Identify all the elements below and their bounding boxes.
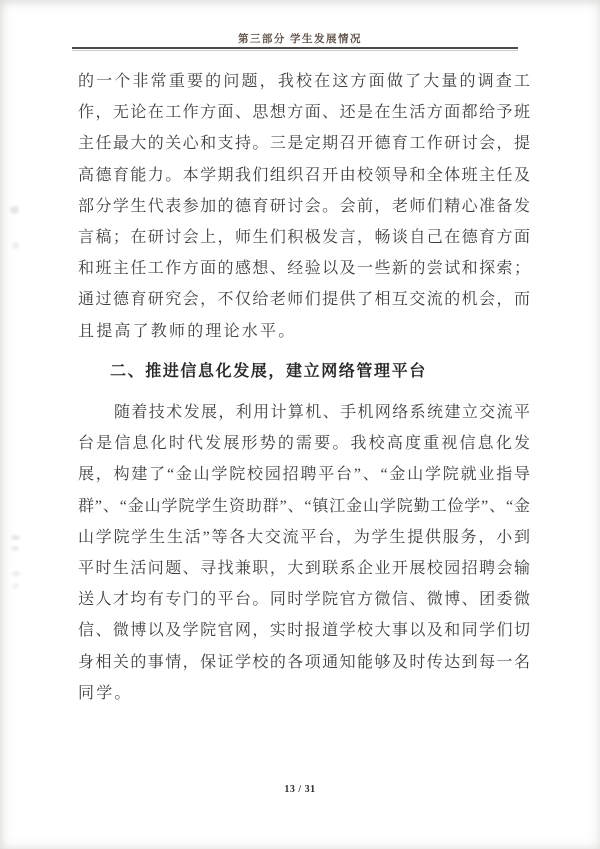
text-line: 山学院学生生活”等各大交流平台，为学生提供服务，小到 (78, 522, 530, 553)
scan-artifact (11, 535, 20, 540)
text-line: 平时生活问题、寻找兼职，大到联系企业开展校园招聘会输 (78, 553, 530, 584)
scan-artifact (10, 206, 19, 214)
text-line: 通过德育研究会，不仅给老师们提供了相互交流的机会，而 (78, 284, 530, 315)
scan-artifact (12, 242, 19, 249)
document-page: 第三部分 学生发展情况 的一个非常重要的问题，我校在这方面做了大量的调查工 作，… (0, 0, 600, 849)
text-line: 台是信息化时代发展形势的需要。我校高度重视信息化发 (78, 428, 530, 459)
text-line: 高德育能力。本学期我们组织召开由校领导和全体班主任及 (78, 160, 530, 191)
text-line: 作，无论在工作方面、思想方面、还是在生活方面都给予班 (78, 97, 530, 128)
text-line: 部分学生代表参加的德育研讨会。会前，老师们精心准备发 (78, 191, 530, 222)
page-number-indicator: 13 / 31 (0, 784, 600, 795)
paragraph-moral-education: 的一个非常重要的问题，我校在这方面做了大量的调查工 作，无论在工作方面、思想方面… (78, 66, 530, 347)
text-line: 言稿；在研讨会上，师生们积极发言，畅谈自己在德育方面 (78, 222, 530, 253)
text-line: 同学。 (78, 678, 530, 709)
text-line: 身相关的事情，保证学校的各项通知能够及时传达到每一名 (78, 647, 530, 678)
text-line: 和班主任工作方面的感想、经验以及一些新的尝试和探索； (78, 253, 530, 284)
text-line: 主任最大的关心和支持。三是定期召开德育工作研讨会，提 (78, 128, 530, 159)
text-line: 且提高了教师的理论水平。 (78, 316, 530, 347)
text-line: 信、微博以及学院官网，实时报道学校大事以及和同学们切 (78, 615, 530, 646)
text-line: 的一个非常重要的问题，我校在这方面做了大量的调查工 (78, 66, 530, 97)
section-heading-informatization: 二、推进信息化发展，建立网络管理平台 (110, 358, 427, 381)
page-header-section-title: 第三部分 学生发展情况 (0, 31, 600, 46)
scan-artifact (12, 583, 19, 589)
text-line: 群”、“金山学院学生资助群”、“镇江金山学院勤工俭学”、“金 (78, 491, 530, 522)
paragraph-informatization: 随着技术发展，利用计算机、手机网络系统建立交流平 台是信息化时代发展形势的需要。… (78, 397, 530, 709)
text-line: 送人才均有专门的平台。同时学院官方微信、微博、团委微 (78, 584, 530, 615)
scan-artifact (11, 546, 19, 551)
text-line: 展，构建了“金山学院校园招聘平台”、“金山学院就业指导 (78, 459, 530, 490)
scan-artifact (12, 571, 20, 577)
text-line: 随着技术发展，利用计算机、手机网络系统建立交流平 (78, 397, 530, 428)
header-rule-line (72, 47, 518, 49)
